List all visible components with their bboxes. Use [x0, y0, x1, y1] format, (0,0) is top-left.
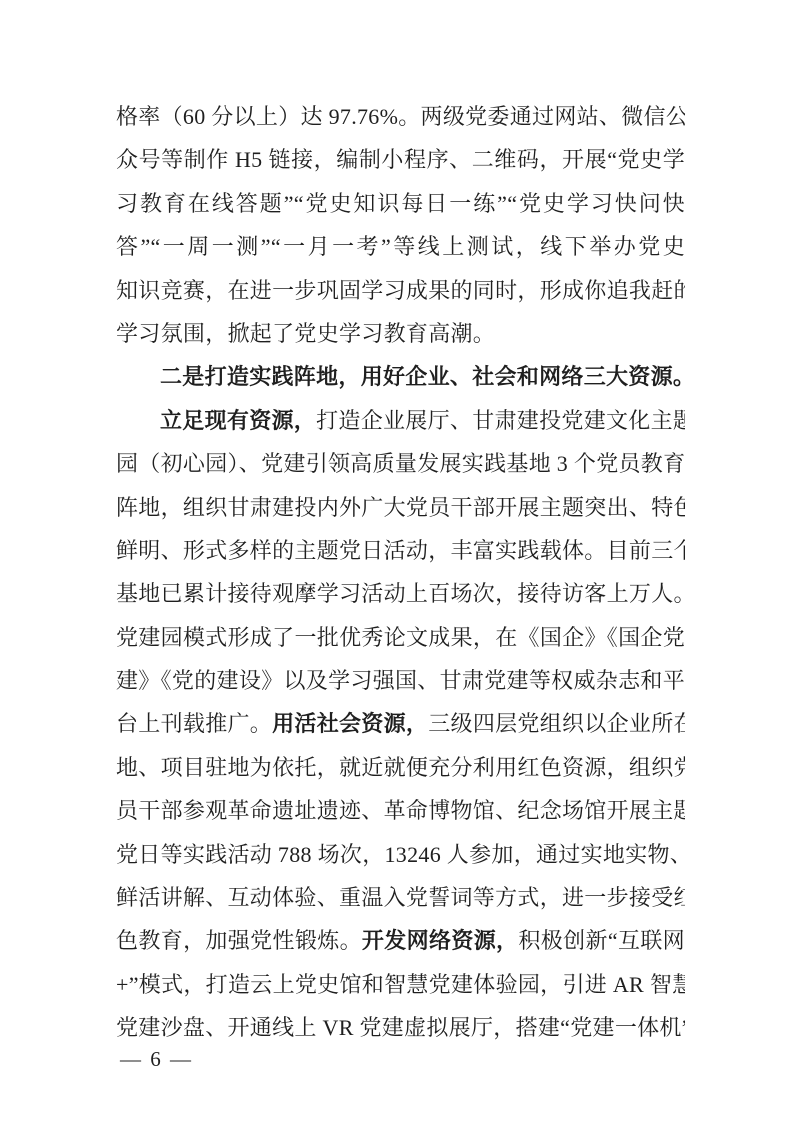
text-line: 阵地，组织甘肃建投内外广大党员干部开展主题突出、特色 — [116, 486, 685, 529]
text-line: 知识竞赛，在进一步巩固学习成果的同时，形成你追我赶的 — [116, 269, 685, 312]
text-line: 党建园模式形成了一批优秀论文成果，在《国企》《国企党 — [116, 616, 685, 659]
text-line: 基地已累计接待观摩学习活动上百场次，接待访客上万人。 — [116, 572, 685, 615]
text-run: 员干部参观革命遗址遗迹、革命博物馆、纪念场馆开展主题 — [116, 798, 685, 823]
text-line: 众号等制作 H5 链接，编制小程序、二维码，开展“党史学 — [116, 138, 685, 181]
document-lines: 格率（60 分以上）达 97.76%。两级党委通过网站、微信公众号等制作 H5 … — [116, 95, 685, 1050]
text-run: 基地已累计接待观摩学习活动上百场次，接待访客上万人。 — [116, 581, 685, 606]
bold-text-run: 开发网络资源， — [362, 928, 519, 953]
text-run: 格率（60 分以上）达 97.76%。两级党委通过网站、微信公 — [116, 104, 685, 129]
text-line: 格率（60 分以上）达 97.76%。两级党委通过网站、微信公 — [116, 95, 685, 138]
text-line: 园（初心园）、党建引领高质量发展实践基地 3 个党员教育 — [116, 442, 685, 485]
text-run: 党建沙盘、开通线上 VR 党建虚拟展厅，搭建“党建一体机” — [116, 1015, 685, 1040]
text-run: 阵地，组织甘肃建投内外广大党员干部开展主题突出、特色 — [116, 495, 685, 520]
bold-text-run: 立足现有资源， — [160, 408, 316, 433]
text-line: 立足现有资源，打造企业展厅、甘肃建投党建文化主题 — [116, 399, 685, 442]
text-run: +”模式，打造云上党史馆和智慧党建体验园，引进 AR 智慧 — [116, 972, 685, 997]
text-run: 众号等制作 H5 链接，编制小程序、二维码，开展“党史学 — [116, 147, 685, 172]
text-line: 鲜明、形式多样的主题党日活动，丰富实践载体。目前三个 — [116, 529, 685, 572]
text-run: 鲜明、形式多样的主题党日活动，丰富实践载体。目前三个 — [116, 538, 685, 563]
text-line: 党日等实践活动 788 场次，13246 人参加，通过实地实物、 — [116, 833, 685, 876]
text-run: 党日等实践活动 788 场次，13246 人参加，通过实地实物、 — [116, 842, 685, 867]
text-line: 答”“一周一测”“一月一考”等线上测试，线下举办党史 — [116, 225, 685, 268]
text-run: 答”“一周一测”“一月一考”等线上测试，线下举办党史 — [116, 234, 685, 259]
text-run: 色教育，加强党性锻炼。 — [116, 928, 362, 953]
bold-text-run: 用活社会资源， — [272, 711, 428, 736]
text-line: 地、项目驻地为依托，就近就便充分利用红色资源，组织党 — [116, 746, 685, 789]
text-line: 台上刊载推广。用活社会资源，三级四层党组织以企业所在 — [116, 702, 685, 745]
text-run: 学习氛围，掀起了党史学习教育高潮。 — [116, 321, 495, 346]
text-run: 地、项目驻地为依托，就近就便充分利用红色资源，组织党 — [116, 755, 685, 780]
text-run: 党建园模式形成了一批优秀论文成果，在《国企》《国企党 — [116, 625, 685, 650]
text-run: 积极创新“互联网 — [518, 928, 685, 953]
text-run: 知识竞赛，在进一步巩固学习成果的同时，形成你追我赶的 — [116, 278, 685, 303]
page-number: — 6 — — [120, 1046, 193, 1072]
text-line: 二是打造实践阵地，用好企业、社会和网络三大资源。 — [116, 355, 685, 398]
text-line: 鲜活讲解、互动体验、重温入党誓词等方式，进一步接受红 — [116, 876, 685, 919]
text-line: 习教育在线答题”“党史知识每日一练”“党史学习快问快 — [116, 182, 685, 225]
text-run: 园（初心园）、党建引领高质量发展实践基地 3 个党员教育 — [116, 451, 685, 476]
text-run: 习教育在线答题”“党史知识每日一练”“党史学习快问快 — [116, 191, 685, 216]
text-line: 员干部参观革命遗址遗迹、革命博物馆、纪念场馆开展主题 — [116, 789, 685, 832]
document-page: 格率（60 分以上）达 97.76%。两级党委通过网站、微信公众号等制作 H5 … — [0, 0, 800, 1131]
text-line: +”模式，打造云上党史馆和智慧党建体验园，引进 AR 智慧 — [116, 963, 685, 1006]
text-run: 鲜活讲解、互动体验、重温入党誓词等方式，进一步接受红 — [116, 885, 685, 910]
text-line: 党建沙盘、开通线上 VR 党建虚拟展厅，搭建“党建一体机” — [116, 1006, 685, 1049]
text-line: 学习氛围，掀起了党史学习教育高潮。 — [116, 312, 685, 355]
text-line: 色教育，加强党性锻炼。开发网络资源，积极创新“互联网 — [116, 919, 685, 962]
text-run: 建》《党的建设》以及学习强国、甘肃党建等权威杂志和平 — [116, 668, 685, 693]
text-line: 建》《党的建设》以及学习强国、甘肃党建等权威杂志和平 — [116, 659, 685, 702]
text-run: 三级四层党组织以企业所在 — [428, 711, 685, 736]
text-run: 打造企业展厅、甘肃建投党建文化主题 — [316, 408, 685, 433]
bold-text-run: 二是打造实践阵地，用好企业、社会和网络三大资源。 — [160, 364, 685, 389]
text-run: 台上刊载推广。 — [116, 711, 272, 736]
